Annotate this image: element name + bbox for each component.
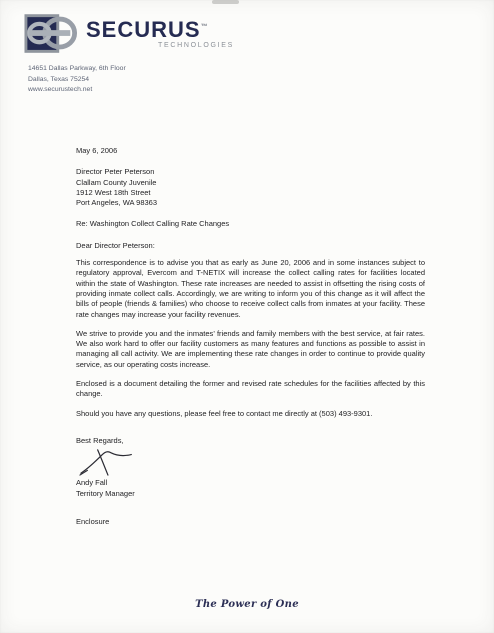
brand-name: SECURUS [86,17,201,42]
company-address-line: 14651 Dallas Parkway, 6th Floor [28,64,126,75]
salutation: Dear Director Peterson: [76,241,425,251]
recipient-name: Director Peter Peterson [76,167,425,177]
brand-subtitle: TECHNOLOGIES [86,42,234,49]
closing-line: Best Regards, [76,436,425,446]
company-address: 14651 Dallas Parkway, 6th Floor Dallas, … [28,64,126,96]
securus-logo-icon [24,13,78,55]
recipient-address: Director Peter Peterson Clallam County J… [76,167,425,208]
letter-date: May 6, 2006 [76,146,425,156]
company-website: www.securustech.net [28,85,126,96]
trademark-symbol: ™ [201,24,208,31]
recipient-street: 1912 West 18th Street [76,188,425,198]
footer-tagline: The Power of One [0,599,494,610]
enclosure-note: Enclosure [76,517,425,527]
brand-block: SECURUS™ TECHNOLOGIES [86,19,234,49]
letterhead: SECURUS™ TECHNOLOGIES [24,13,234,55]
scanned-letter-page: SECURUS™ TECHNOLOGIES 14651 Dallas Parkw… [0,0,494,633]
recipient-org: Clallam County Juvenile [76,178,425,188]
company-address-line: Dallas, Texas 75254 [28,75,126,86]
subject-line: Re: Washington Collect Calling Rate Chan… [76,219,425,229]
signer-name: Andy Fall [76,478,425,488]
letter-body: May 6, 2006 Director Peter Peterson Clal… [76,146,425,527]
letter-paragraph: We strive to provide you and the inmates… [76,329,425,370]
signer-title: Territory Manager [76,489,425,499]
scan-artifact [212,0,239,4]
letter-paragraph: Enclosed is a document detailing the for… [76,379,425,400]
signature-mark [78,448,136,476]
recipient-city: Port Angeles, WA 98363 [76,198,425,208]
letter-paragraph: Should you have any questions, please fe… [76,409,425,419]
brand-wordmark: SECURUS™ [86,19,234,41]
letter-paragraph: This correspondence is to advise you tha… [76,258,425,320]
signature-block: Andy Fall Territory Manager [76,478,425,499]
